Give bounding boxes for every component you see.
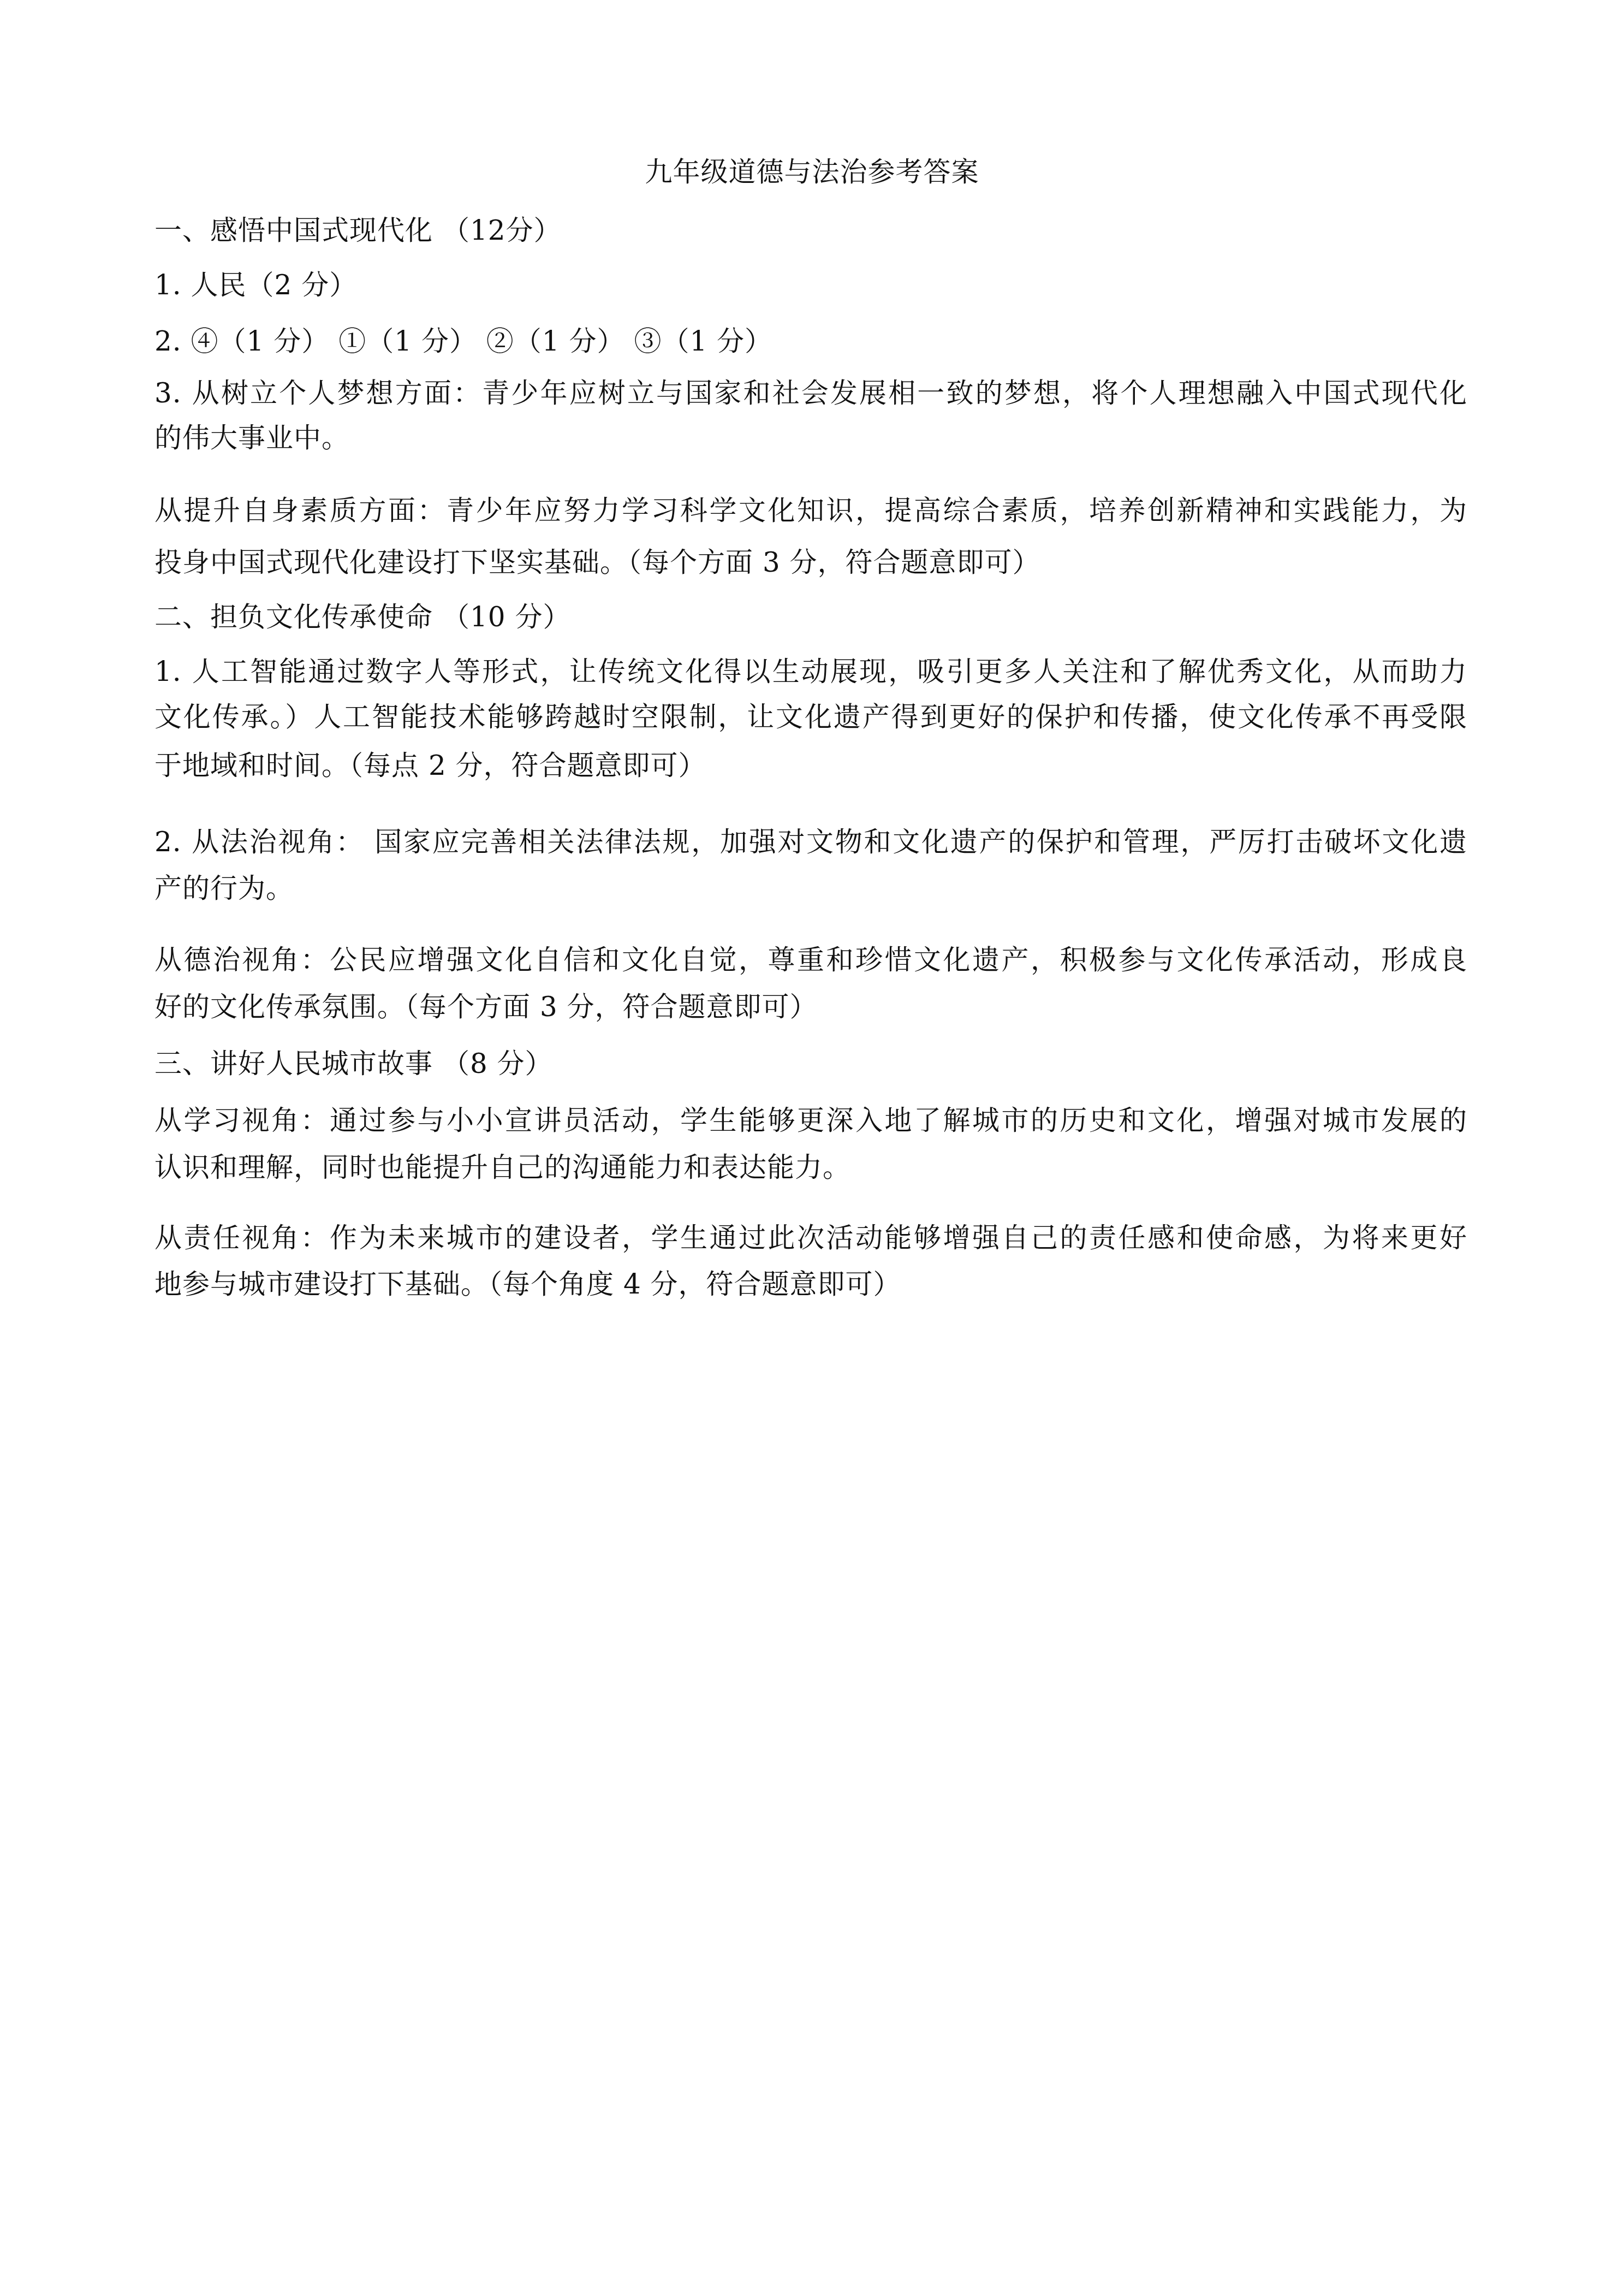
document-title: 九年级道德与法治参考答案 [0, 156, 1624, 188]
answer-2-2b-line-2: 好的文化传承氛围。（每个方面 3 分，符合题意即可） [154, 990, 1467, 1023]
answer-1-2: 2. ④（1 分） ①（1 分） ②（1 分） ③（1 分） [154, 325, 1467, 358]
section-heading-3: 三、讲好人民城市故事 （8 分） [154, 1047, 1467, 1080]
answer-1-3-line-1: 3. 从树立个人梦想方面：青少年应树立与国家和社会发展相一致的梦想，将个人理想融… [154, 377, 1467, 410]
answer-2-2b-line-1: 从德治视角：公民应增强文化自信和文化自觉，尊重和珍惜文化遗产，积极参与文化传承活… [154, 944, 1467, 976]
answer-3-1-line-1: 从学习视角：通过参与小小宣讲员活动，学生能够更深入地了解城市的历史和文化，增强对… [154, 1104, 1467, 1137]
answer-3-2-line-1: 从责任视角：作为未来城市的建设者，学生通过此次活动能够增强自己的责任感和使命感，… [154, 1221, 1467, 1254]
answer-2-2-line-2: 产的行为。 [154, 872, 1467, 905]
section-heading-1: 一、感悟中国式现代化 （12分） [154, 214, 1467, 247]
answer-1-3-line-2: 的伟大事业中。 [154, 422, 1467, 454]
answer-2-1-line-2: 文化传承。）人工智能技术能够跨越时空限制，让文化遗产得到更好的保护和传播，使文化… [154, 701, 1467, 733]
answer-3-2-line-2: 地参与城市建设打下基础。（每个角度 4 分，符合题意即可） [154, 1268, 1467, 1301]
answer-key-page: 九年级道德与法治参考答案 一、感悟中国式现代化 （12分） 1. 人民（2 分）… [0, 0, 1624, 2296]
section-heading-2: 二、担负文化传承使命 （10 分） [154, 601, 1467, 633]
answer-2-2-line-1: 2. 从法治视角： 国家应完善相关法律法规，加强对文物和文化遗产的保护和管理，严… [154, 826, 1467, 858]
answer-1-1: 1. 人民（2 分） [154, 269, 1467, 301]
answer-1-3b-line-1: 从提升自身素质方面：青少年应努力学习科学文化知识，提高综合素质，培养创新精神和实… [154, 494, 1467, 527]
answer-2-1-line-1: 1. 人工智能通过数字人等形式，让传统文化得以生动展现，吸引更多人关注和了解优秀… [154, 655, 1467, 688]
answer-1-3b-line-2: 投身中国式现代化建设打下坚实基础。（每个方面 3 分，符合题意即可） [154, 546, 1467, 579]
answer-3-1-line-2: 认识和理解，同时也能提升自己的沟通能力和表达能力。 [154, 1151, 1467, 1184]
answer-2-1-line-3: 于地域和时间。（每点 2 分，符合题意即可） [154, 749, 1467, 782]
